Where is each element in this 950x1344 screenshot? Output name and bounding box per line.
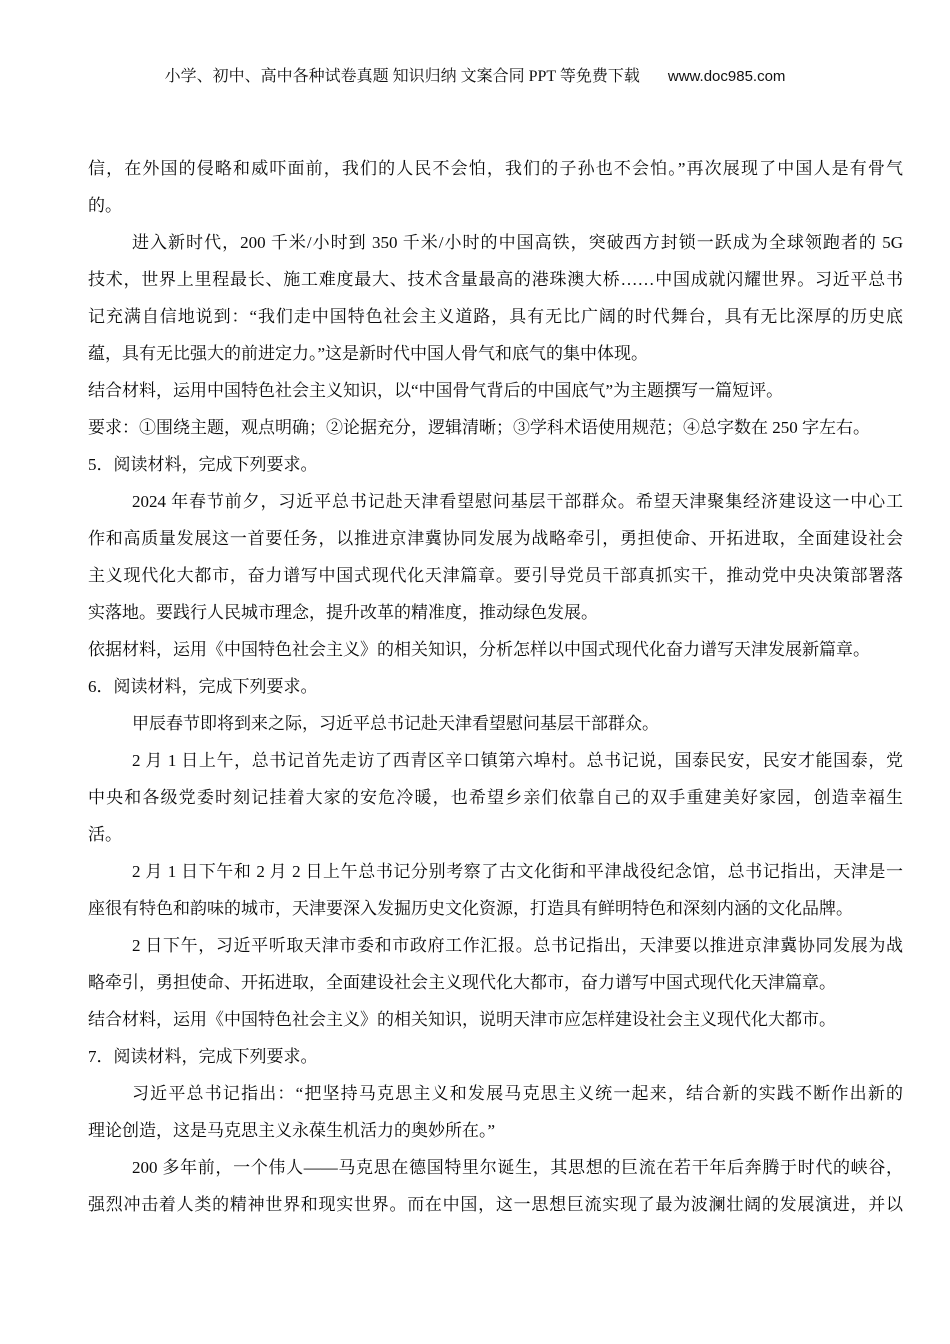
text-line: 2 日下午，习近平听取天津市委和市政府工作汇报。总书记指出，天津要以推进京津冀协… <box>88 927 903 964</box>
text-line: 结合材料，运用中国特色社会主义知识，以“中国骨气背后的中国底气”为主题撰写一篇短… <box>88 372 903 409</box>
text-line: 依据材料，运用《中国特色社会主义》的相关知识，分析怎样以中国式现代化奋力谱写天津… <box>88 631 903 668</box>
text-line: 的。 <box>88 187 903 224</box>
text-line: 5．阅读材料，完成下列要求。 <box>88 446 903 483</box>
text-line: 6．阅读材料，完成下列要求。 <box>88 668 903 705</box>
text-line: 活。 <box>88 816 903 853</box>
text-line: 2024 年春节前夕，习近平总书记赴天津看望慰问基层干部群众。希望天津聚集经济建… <box>88 483 903 520</box>
text-line: 习近平总书记指出：“把坚持马克思主义和发展马克思主义统一起来，结合新的实践不断作… <box>88 1075 903 1112</box>
text-line: 200 多年前，一个伟人——马克思在德国特里尔诞生，其思想的巨流在若干年后奔腾于… <box>88 1149 903 1186</box>
text-line: 略牵引，勇担使命、开拓进取，全面建设社会主义现代化大都市，奋力谱写中国式现代化天… <box>88 964 903 1001</box>
text-line: 座很有特色和韵味的城市，天津要深入发掘历史文化资源，打造具有鲜明特色和深刻内涵的… <box>88 890 903 927</box>
text-line: 作和高质量发展这一首要任务，以推进京津冀协同发展为战略牵引，勇担使命、开拓进取，… <box>88 520 903 557</box>
exam-document-page: 小学、初中、高中各种试卷真题 知识归纳 文案合同 PPT 等免费下载www.do… <box>0 0 950 1344</box>
document-lines: 信，在外国的侵略和威吓面前，我们的人民不会怕，我们的子孙也不会怕。”再次展现了中… <box>88 150 903 1223</box>
text-line: 2 月 1 日下午和 2 月 2 日上午总书记分别考察了古文化街和平津战役纪念馆… <box>88 853 903 890</box>
text-line: 记充满自信地说到：“我们走中国特色社会主义道路，具有无比广阔的时代舞台，具有无比… <box>88 298 903 335</box>
text-line: 技术，世界上里程最长、施工难度最大、技术含量最高的港珠澳大桥……中国成就闪耀世界… <box>88 261 903 298</box>
text-line: 实落地。要践行人民城市理念，提升改革的精准度，推动绿色发展。 <box>88 594 903 631</box>
text-line: 7．阅读材料，完成下列要求。 <box>88 1038 903 1075</box>
site-tagline: 小学、初中、高中各种试卷真题 知识归纳 文案合同 PPT 等免费下载 <box>165 68 640 85</box>
page-header: 小学、初中、高中各种试卷真题 知识归纳 文案合同 PPT 等免费下载www.do… <box>0 66 950 88</box>
text-line: 结合材料，运用《中国特色社会主义》的相关知识，说明天津市应怎样建设社会主义现代化… <box>88 1001 903 1038</box>
text-line: 信，在外国的侵略和威吓面前，我们的人民不会怕，我们的子孙也不会怕。”再次展现了中… <box>88 150 903 187</box>
text-line: 主义现代化大都市，奋力谱写中国式现代化天津篇章。要引导党员干部真抓实干，推动党中… <box>88 557 903 594</box>
text-line: 中央和各级党委时刻记挂着大家的安危冷暖，也希望乡亲们依靠自己的双手重建美好家园，… <box>88 779 903 816</box>
text-line: 蕴，具有无比强大的前进定力。”这是新时代中国人骨气和底气的集中体现。 <box>88 335 903 372</box>
site-url: www.doc985.com <box>668 68 786 85</box>
text-line: 强烈冲击着人类的精神世界和现实世界。而在中国，这一思想巨流实现了最为波澜壮阔的发… <box>88 1186 903 1223</box>
text-line: 甲辰春节即将到来之际，习近平总书记赴天津看望慰问基层干部群众。 <box>88 705 903 742</box>
text-line: 2 月 1 日上午，总书记首先走访了西青区辛口镇第六埠村。总书记说，国泰民安，民… <box>88 742 903 779</box>
text-line: 要求：①围绕主题，观点明确；②论据充分，逻辑清晰；③学科术语使用规范；④总字数在… <box>88 409 903 446</box>
text-line: 进入新时代，200 千米/小时到 350 千米/小时的中国高铁，突破西方封锁一跃… <box>88 224 903 261</box>
text-line: 理论创造，这是马克思主义永葆生机活力的奥妙所在。” <box>88 1112 903 1149</box>
